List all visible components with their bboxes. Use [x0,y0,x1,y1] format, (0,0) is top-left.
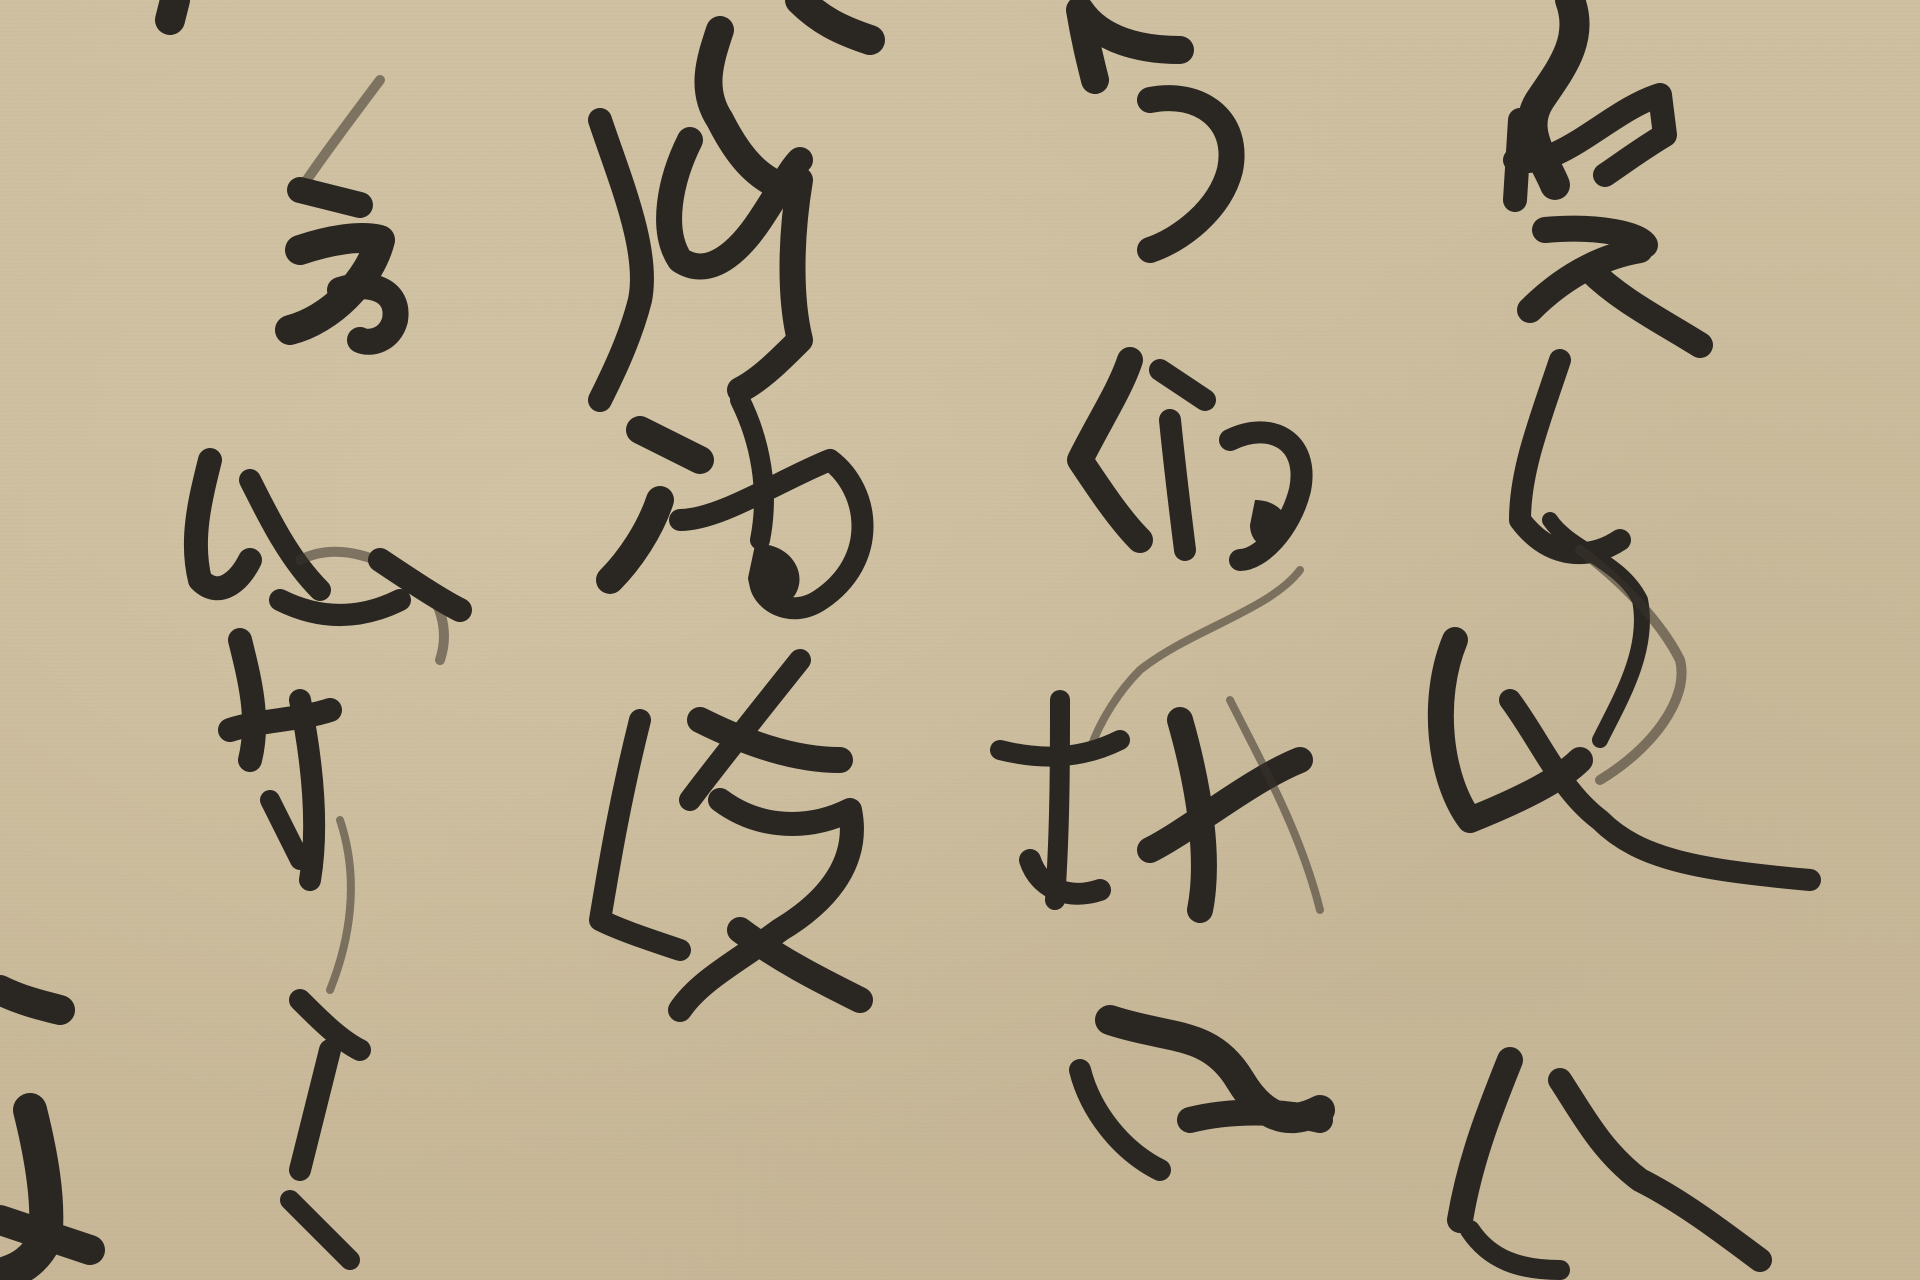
calligraphy-ink [0,0,1920,1280]
calligraphy-column-5 [0,0,175,1275]
calligraphy-column-1 [1441,0,1810,1270]
calligraphy-column-2 [1000,10,1320,1170]
calligraphy-column-3 [600,0,870,1010]
calligraphy-column-4 [196,80,460,1260]
